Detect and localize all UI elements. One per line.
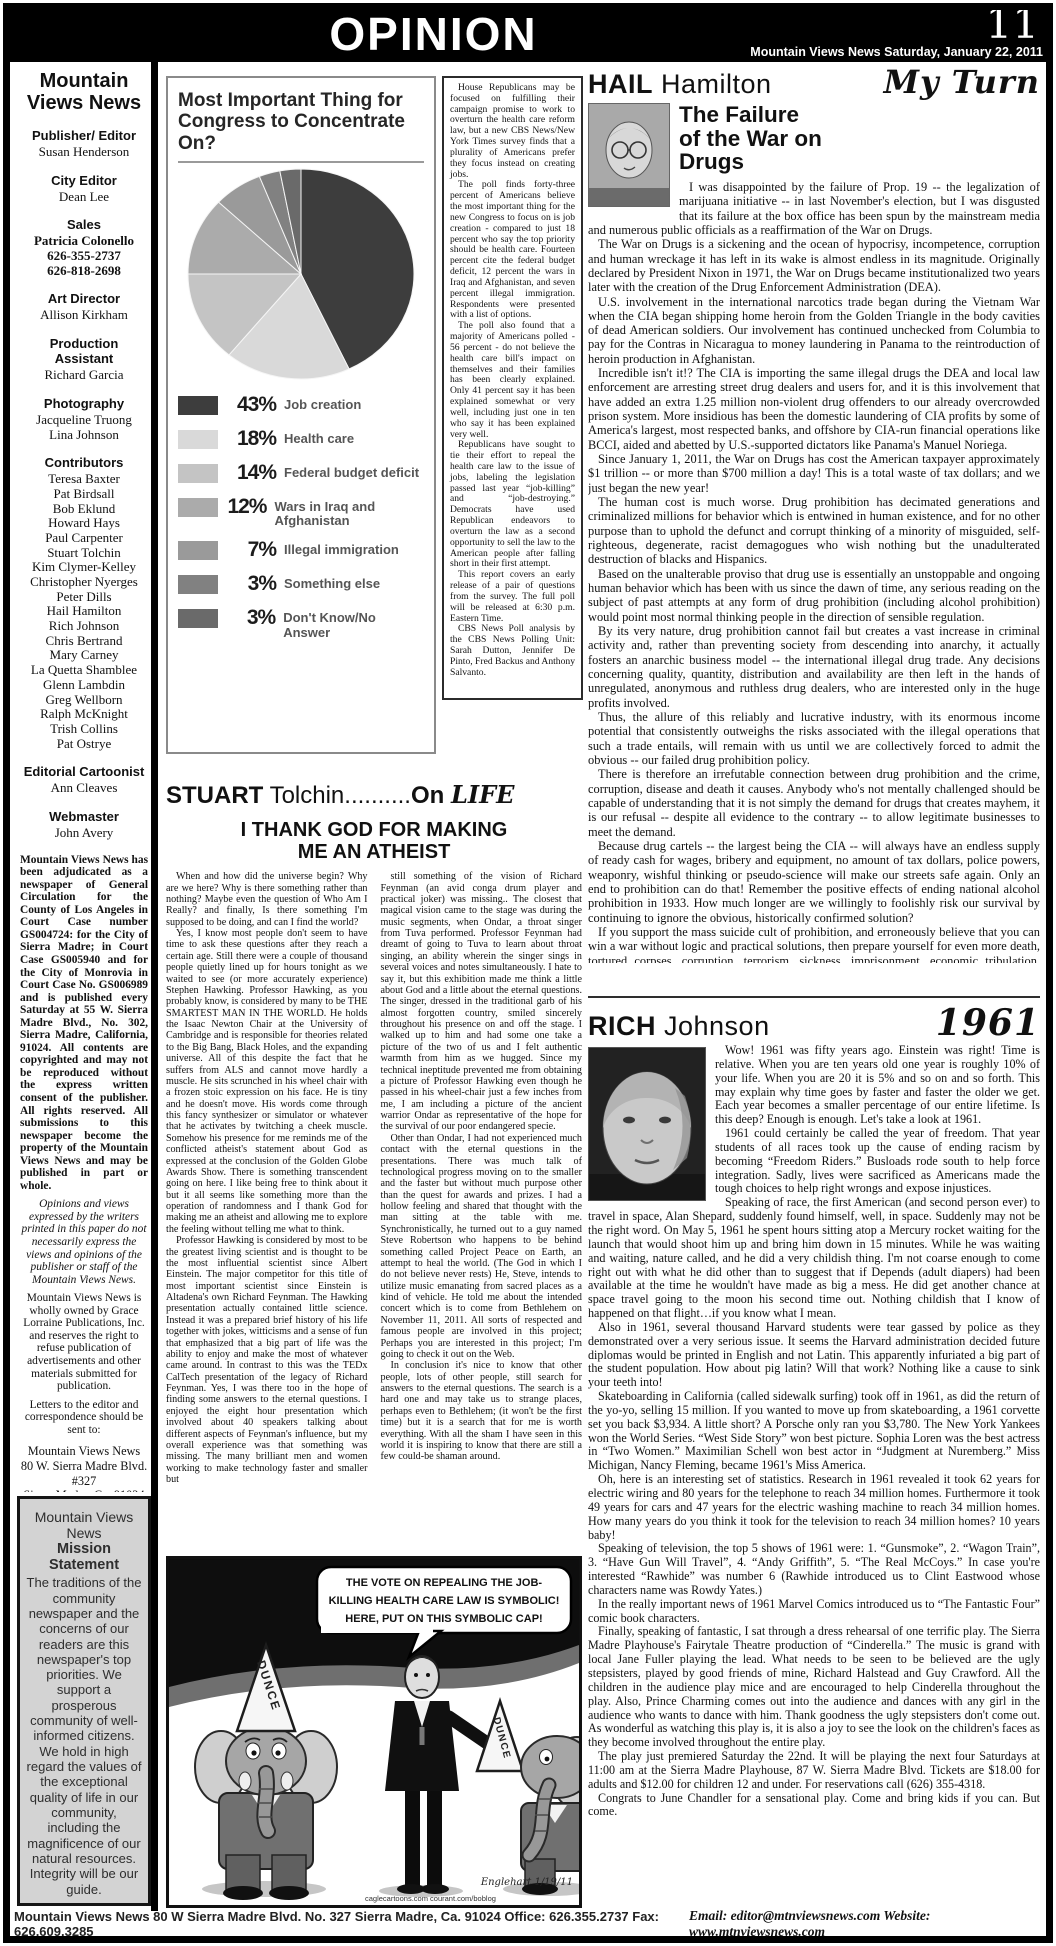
paragraph: Other than Ondar, I had not experienced … [381, 1133, 583, 1361]
masthead-name: Susan Henderson [20, 145, 148, 160]
masthead-name: Paul Carpenter [20, 531, 148, 546]
paragraph: The human cost is much worse. Drug prohi… [588, 495, 1040, 567]
editorial-cartoon: DUNCE DUNCE [166, 1556, 582, 1908]
legend-percent: 18% [218, 427, 276, 451]
legend-label: Illegal immigration [284, 538, 399, 557]
masthead-name: Peter Dills [20, 590, 148, 605]
paragraph: House Republicans may be focused on fulf… [450, 83, 575, 180]
paragraph: In the really important news of 1961 Mar… [588, 1598, 1040, 1626]
atheist-article-text: When and how did the universe begin? Why… [166, 871, 582, 1529]
masthead-name: Howard Hays [20, 516, 148, 531]
paragraph: The War on Drugs is a sickening and the … [588, 237, 1040, 294]
column-title-1961: 1961 [936, 1002, 1040, 1044]
legend-row: 14%Federal budget deficit [178, 461, 424, 485]
masthead-section: Editorial CartoonistAnn Cleaves [20, 764, 148, 796]
paragraph: Congrats to June Chandler for a sensatio… [588, 1792, 1040, 1820]
cbs-poll-article: House Republicans may be focused on fulf… [442, 76, 583, 700]
cartoonist-signature: Englehart 1/19/11 [480, 1877, 573, 1888]
letters-notice: Letters to the editor and correspondence… [20, 1399, 148, 1437]
byline-first: STUART [166, 782, 263, 809]
legend-label: Federal budget deficit [284, 461, 419, 480]
byline-last: Johnson [656, 1011, 770, 1041]
legend-row: 3%Something else [178, 572, 424, 596]
masthead-name: Chris Bertrand [20, 634, 148, 649]
masthead-section: SalesPatricia Colonello626-355-2737626-8… [20, 217, 148, 278]
paragraph: Based on the unalterable proviso that dr… [588, 567, 1040, 624]
masthead-name: John Avery [20, 826, 148, 841]
paragraph: Skateboarding in California (called side… [588, 1390, 1040, 1473]
rich-johnson-section: RICH Johnson 1961 Wow! 1961 was fifty ye… [588, 996, 1040, 1896]
paragraph: Yes, I know most people don't seem to ha… [166, 928, 368, 1235]
masthead-section: PhotographyJacqueline TruongLina Johnson [20, 396, 148, 442]
paragraph: If you support the mass suicide cult of … [588, 925, 1040, 963]
byline-dots: .......... [344, 782, 411, 809]
stuart-tolchin-section: STUART Tolchin..........On LIFE I THANK … [166, 780, 582, 1529]
paragraph: CBS News Poll analysis by the CBS News P… [450, 624, 575, 678]
paragraph: #327 [20, 1474, 148, 1489]
paragraph: 80 W. Sierra Madre Blvd. [20, 1459, 148, 1474]
legend-percent: 3% [218, 572, 276, 596]
masthead-section: WebmasterJohn Avery [20, 809, 148, 841]
paragraph: In conclusion it's nice to know that oth… [381, 1360, 583, 1462]
masthead-name: La Quetta Shamblee [20, 663, 148, 678]
legend-label: Health care [284, 427, 354, 446]
paragraph: Because drug cartels -- the largest bein… [588, 839, 1040, 925]
newspaper-name: Mountain Views News [20, 70, 148, 114]
masthead-name: Stuart Tolchin [20, 546, 148, 561]
paragraph: Speaking of race, the first American (an… [588, 1196, 1040, 1321]
legend-percent: 7% [218, 538, 276, 562]
legend-row: 12%Wars in Iraq and Afghanistan [178, 495, 424, 529]
paragraph: Oh, here is an interesting set of statis… [588, 1473, 1040, 1542]
paragraph: Thus, the allure of this reliably and lu… [588, 710, 1040, 767]
section-title: OPINION [3, 7, 864, 61]
rich-1961-article: Wow! 1961 was fifty years ago. Einstein … [588, 1044, 1040, 1896]
adjudication-notice: Mountain Views News has been adjudicated… [20, 854, 148, 1193]
cbs-poll-text: House Republicans may be focused on fulf… [450, 83, 575, 679]
column-divider [151, 62, 158, 1911]
mailing-address: Mountain Views News80 W. Sierra Madre Bl… [20, 1444, 148, 1492]
masthead-name: Lina Johnson [20, 428, 148, 443]
masthead-name: 626-818-2698 [20, 264, 148, 279]
paragraph: The poll also found that a majority of A… [450, 321, 575, 440]
masthead-name: Teresa Baxter [20, 472, 148, 487]
pie-chart [181, 165, 421, 385]
masthead-section: Art DirectorAllison Kirkham [20, 291, 148, 323]
masthead-role: City Editor [20, 173, 148, 188]
masthead-name: 626-355-2737 [20, 249, 148, 264]
war-on-drugs-text: I was disappointed by the failure of Pro… [588, 180, 1040, 963]
masthead-role: Production Assistant [20, 336, 148, 366]
newspaper-page: OPINION 11 Mountain Views News Saturday,… [0, 0, 1056, 1946]
legend-swatch [178, 464, 218, 483]
masthead-role: Contributors [20, 455, 148, 470]
hail-hamilton-section: HAIL Hamilton My Turn The Failure of the… [588, 63, 1040, 963]
cartoon-credits: caglecartoons.com courant.com/boblog [365, 1894, 496, 1903]
masthead-name: Richard Garcia [20, 368, 148, 383]
masthead-name: Greg Wellborn [20, 693, 148, 708]
masthead-name: Ann Cleaves [20, 781, 148, 796]
paragraph: By its very nature, drug prohibition can… [588, 624, 1040, 710]
bubble-line-1: THE VOTE ON REPEALING THE JOB- [346, 1577, 543, 1589]
footer-contact: Mountain Views News 80 W Sierra Madre Bl… [14, 1909, 689, 1939]
masthead-name: Dean Lee [20, 190, 148, 205]
masthead-name: Hail Hamilton [20, 604, 148, 619]
section-header-bar: OPINION 11 Mountain Views News Saturday,… [3, 3, 1053, 62]
cartoon-drawing: DUNCE DUNCE [169, 1559, 579, 1905]
byline-first: HAIL [588, 69, 653, 99]
masthead-name: Rich Johnson [20, 619, 148, 634]
paragraph: still something of the vision of Richard… [381, 871, 583, 1133]
masthead-name: Trish Collins [20, 722, 148, 737]
legend-row: 3%Don't Know/No Answer [178, 606, 424, 640]
paragraph: Republicans have sought to tie their eff… [450, 440, 575, 570]
masthead-name: Glenn Lambdin [20, 678, 148, 693]
byline-last: Hamilton [653, 69, 772, 99]
page-number: 11 [986, 0, 1039, 48]
opinions-disclaimer: Opinions and views expressed by the writ… [20, 1198, 148, 1286]
stuart-headline: I THANK GOD FOR MAKING ME AN ATHEIST [234, 820, 514, 863]
legend-label: Something else [284, 572, 380, 591]
chart-title-line2: Congress to Concentrate On? [178, 111, 424, 154]
bubble-line-3: HERE, PUT ON THIS SYMBOLIC CAP! [345, 1613, 542, 1625]
masthead-name: Bob Eklund [20, 502, 148, 517]
paragraph: Sierra Madre, Ca. 91024 [20, 1488, 148, 1492]
masthead-role: Sales [20, 217, 148, 232]
masthead-name: Pat Birdsall [20, 487, 148, 502]
paragraph: Also in 1961, several thousand Harvard s… [588, 1321, 1040, 1390]
paragraph: The poll finds forty-three percent of Am… [450, 180, 575, 321]
legend-swatch [178, 609, 218, 628]
legend-row: 18%Health care [178, 427, 424, 451]
stuart-byline: STUART Tolchin..........On LIFE [166, 780, 582, 810]
mission-subtitle: Mission Statement [26, 1541, 142, 1573]
legend-percent: 14% [218, 461, 276, 485]
mission-title: Mountain Views News [26, 1509, 142, 1541]
paragraph: The play just premiered Saturday the 22n… [588, 1750, 1040, 1792]
column-life: LIFE [451, 780, 514, 809]
legend-swatch [178, 575, 218, 594]
rich-johnson-photo [588, 1047, 706, 1201]
my-turn-column-title: My Turn [884, 63, 1040, 101]
bubble-line-2: KILLING HEALTH CARE LAW IS SYMBOLIC! [329, 1595, 560, 1607]
paragraph: U.S. involvement in the international na… [588, 295, 1040, 367]
footer-email-website: Email: editor@mtnviewsnews.com Website: … [689, 1908, 1042, 1940]
legend-label: Job creation [284, 393, 361, 412]
legend-percent: 43% [218, 393, 276, 417]
legend-row: 7%Illegal immigration [178, 538, 424, 562]
byline-first: RICH [588, 1011, 656, 1041]
ownership-notice: Mountain Views News is wholly owned by G… [20, 1292, 148, 1392]
paragraph: Speaking of television, the top 5 shows … [588, 1542, 1040, 1597]
masthead-name: Allison Kirkham [20, 308, 148, 323]
legend-swatch [178, 396, 218, 415]
paragraph: Incredible isn't it!? The CIA is importi… [588, 366, 1040, 452]
legend-percent: 12% [218, 495, 266, 519]
masthead-role: Art Director [20, 291, 148, 306]
hail-hamilton-photo [588, 103, 670, 207]
page-footer: Mountain Views News 80 W Sierra Madre Bl… [14, 1912, 1042, 1936]
poll-chart-box: Most Important Thing for Congress to Con… [166, 76, 436, 754]
paragraph: Since January 1, 2011, the War on Drugs … [588, 452, 1040, 495]
masthead-name: Patricia Colonello [20, 234, 148, 249]
paragraph: When and how did the universe begin? Why… [166, 871, 368, 928]
masthead-name: Mary Carney [20, 648, 148, 663]
staff-list: Publisher/ EditorSusan HendersonCity Edi… [20, 128, 148, 841]
legend-label: Wars in Iraq and Afghanistan [274, 495, 424, 529]
chart-legend: 43%Job creation18%Health care14%Federal … [178, 393, 424, 640]
masthead-section: ContributorsTeresa BaxterPat BirdsallBob… [20, 455, 148, 751]
rich-byline: RICH Johnson [588, 1011, 770, 1042]
legend-swatch [178, 498, 218, 517]
paragraph: Mountain Views News [20, 1444, 148, 1459]
war-on-drugs-article: The Failure of the War on Drugs I was di… [588, 101, 1040, 963]
mission-body: The traditions of the community newspape… [26, 1575, 142, 1897]
legend-label: Don't Know/No Answer [283, 606, 424, 640]
chart-title-line1: Most Important Thing for [178, 90, 424, 111]
masthead-section: Publisher/ EditorSusan Henderson [20, 128, 148, 160]
masthead-role: Publisher/ Editor [20, 128, 148, 143]
masthead-role: Photography [20, 396, 148, 411]
hail-byline: HAIL Hamilton [588, 69, 772, 100]
masthead-section: Production AssistantRichard Garcia [20, 336, 148, 383]
masthead-name: Christopher Nyerges [20, 575, 148, 590]
legend-swatch [178, 541, 218, 560]
masthead-name: Jacqueline Truong [20, 413, 148, 428]
paper-date: Mountain Views News Saturday, January 22… [750, 45, 1043, 59]
masthead-name: Pat Ostrye [20, 737, 148, 752]
legend-swatch [178, 430, 218, 449]
masthead-section: City EditorDean Lee [20, 173, 148, 205]
legend-row: 43%Job creation [178, 393, 424, 417]
masthead-sidebar: Mountain Views News Publisher/ EditorSus… [20, 70, 148, 1492]
masthead-role: Editorial Cartoonist [20, 764, 148, 779]
paragraph: This report covers an early release of a… [450, 570, 575, 624]
masthead-name: Kim Clymer-Kelley [20, 560, 148, 575]
masthead-role: Webmaster [20, 809, 148, 824]
chart-title-rule [178, 161, 424, 163]
paragraph: Finally, speaking of fantastic, I sat th… [588, 1625, 1040, 1750]
masthead-name: Ralph McKnight [20, 707, 148, 722]
paragraph: There is therefore an irrefutable connec… [588, 767, 1040, 839]
mission-statement-box: Mountain Views News Mission Statement Th… [17, 1496, 151, 1906]
paragraph: Professor Hawking is considered by most … [166, 1235, 368, 1485]
legend-percent: 3% [218, 606, 275, 630]
column-on: On [411, 782, 451, 809]
byline-last: Tolchin [263, 782, 344, 809]
